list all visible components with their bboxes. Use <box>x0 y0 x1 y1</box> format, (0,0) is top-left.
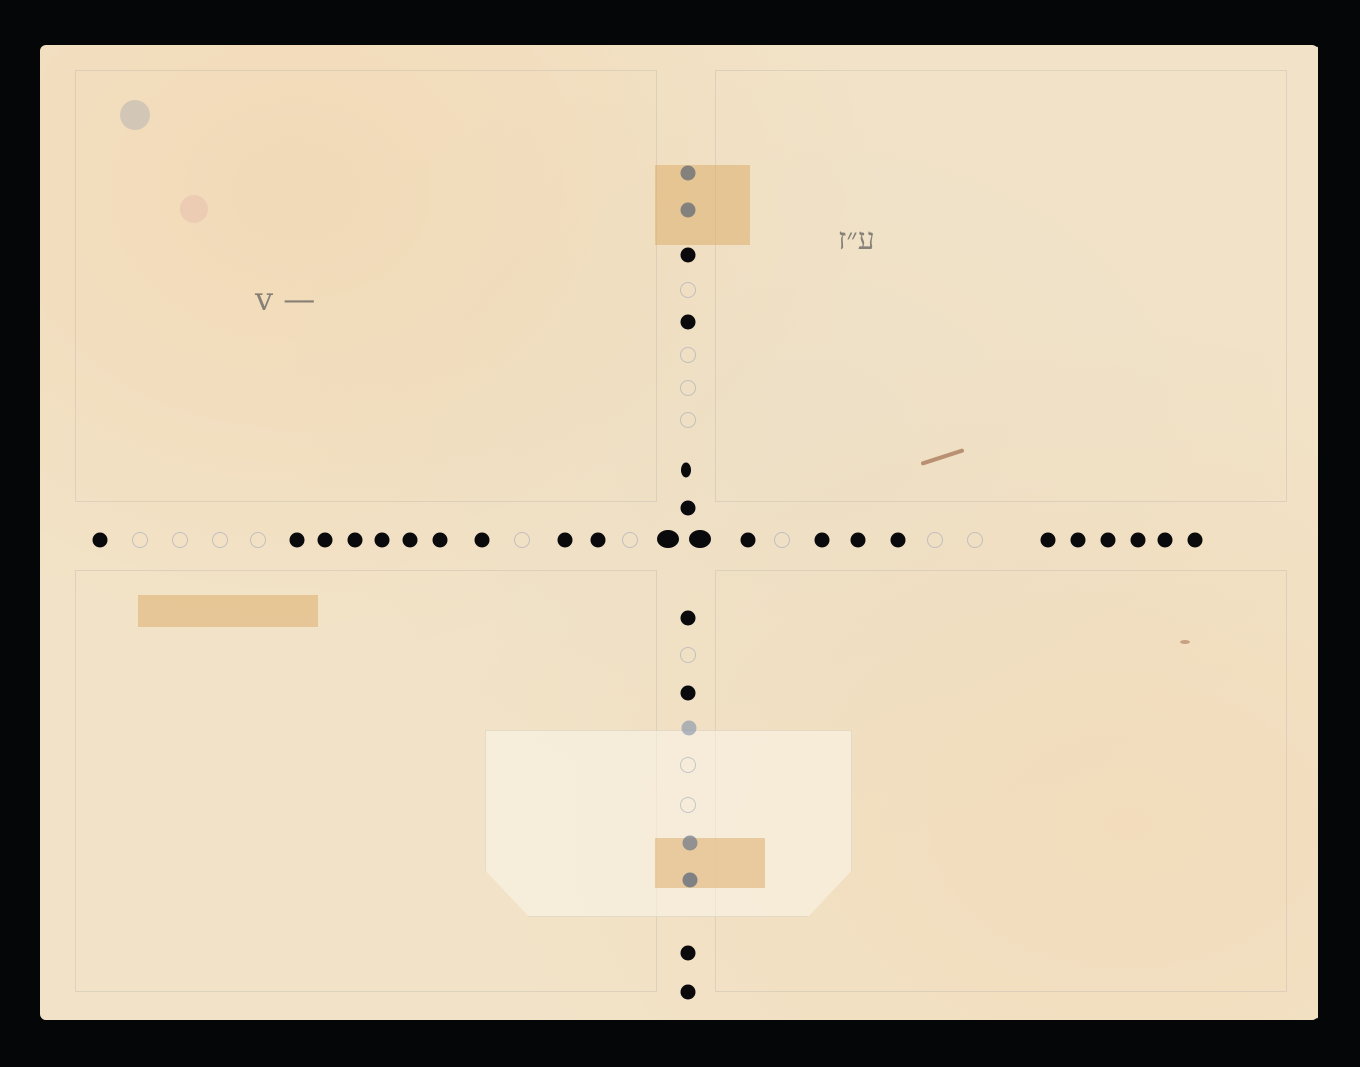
perforation-hole <box>93 533 108 548</box>
perforation-hole <box>681 985 696 1000</box>
perforation-hole <box>681 463 691 478</box>
perforation-hole <box>348 533 363 548</box>
perforation-hole <box>290 533 305 548</box>
perforation-ghost <box>622 532 638 548</box>
perforation-hole <box>891 533 906 548</box>
hinge-remnant-bottom-large <box>485 730 852 917</box>
perforation-hole <box>1188 533 1203 548</box>
perforation-hole <box>375 533 390 548</box>
perforation-ghost <box>680 757 696 773</box>
perforation-hole <box>1158 533 1173 548</box>
perforation-ghost <box>680 647 696 663</box>
perforation-hole <box>403 533 418 548</box>
perforation-hole <box>591 533 606 548</box>
perforation-hole <box>318 533 333 548</box>
perforation-hole <box>815 533 830 548</box>
pencil-notation-hebrew: ע״ז <box>838 222 875 257</box>
perforation-hole <box>851 533 866 548</box>
perforation-ghost <box>680 380 696 396</box>
pencil-notation-v: v — <box>255 280 315 318</box>
perforation-ghost <box>132 532 148 548</box>
perforation-hole <box>681 501 696 516</box>
perforation-hole <box>683 836 698 851</box>
perforation-hole <box>558 533 573 548</box>
perforation-ghost <box>680 282 696 298</box>
perforation-ghost <box>680 347 696 363</box>
perforation-ghost <box>927 532 943 548</box>
perforation-ghost <box>967 532 983 548</box>
hinge-remnant-top <box>655 165 750 245</box>
perforation-ghost <box>172 532 188 548</box>
perforation-hole <box>1131 533 1146 548</box>
perforation-ghost <box>250 532 266 548</box>
perforation-hole <box>681 203 696 218</box>
perforation-hole <box>657 530 679 548</box>
perforation-ghost <box>774 532 790 548</box>
perforation-hole <box>689 530 711 548</box>
perforation-hole <box>1101 533 1116 548</box>
perforation-hole <box>681 686 696 701</box>
perforation-ghost <box>680 412 696 428</box>
perforation-ghost <box>212 532 228 548</box>
perforation-hole <box>681 946 696 961</box>
perforation-hole <box>681 166 696 181</box>
stamp-outline-top-right <box>715 70 1287 502</box>
perforation-hole <box>1041 533 1056 548</box>
perforation-ghost <box>680 797 696 813</box>
brown-speck <box>1180 640 1190 644</box>
perforation-hole <box>741 533 756 548</box>
perforation-hole <box>475 533 490 548</box>
perforation-hole <box>681 315 696 330</box>
perforation-hole <box>683 873 698 888</box>
pink-stain <box>180 195 208 223</box>
perforation-ghost <box>514 532 530 548</box>
perforation-hole <box>681 248 696 263</box>
ink-stain <box>120 100 150 130</box>
perforation-hole <box>681 611 696 626</box>
perforation-hole <box>682 721 697 736</box>
hinge-remnant-bottom-small <box>655 838 765 888</box>
perforation-hole <box>433 533 448 548</box>
perforation-hole <box>1071 533 1086 548</box>
stamp-outline-top-left <box>75 70 657 502</box>
hinge-remnant-left <box>138 595 318 627</box>
